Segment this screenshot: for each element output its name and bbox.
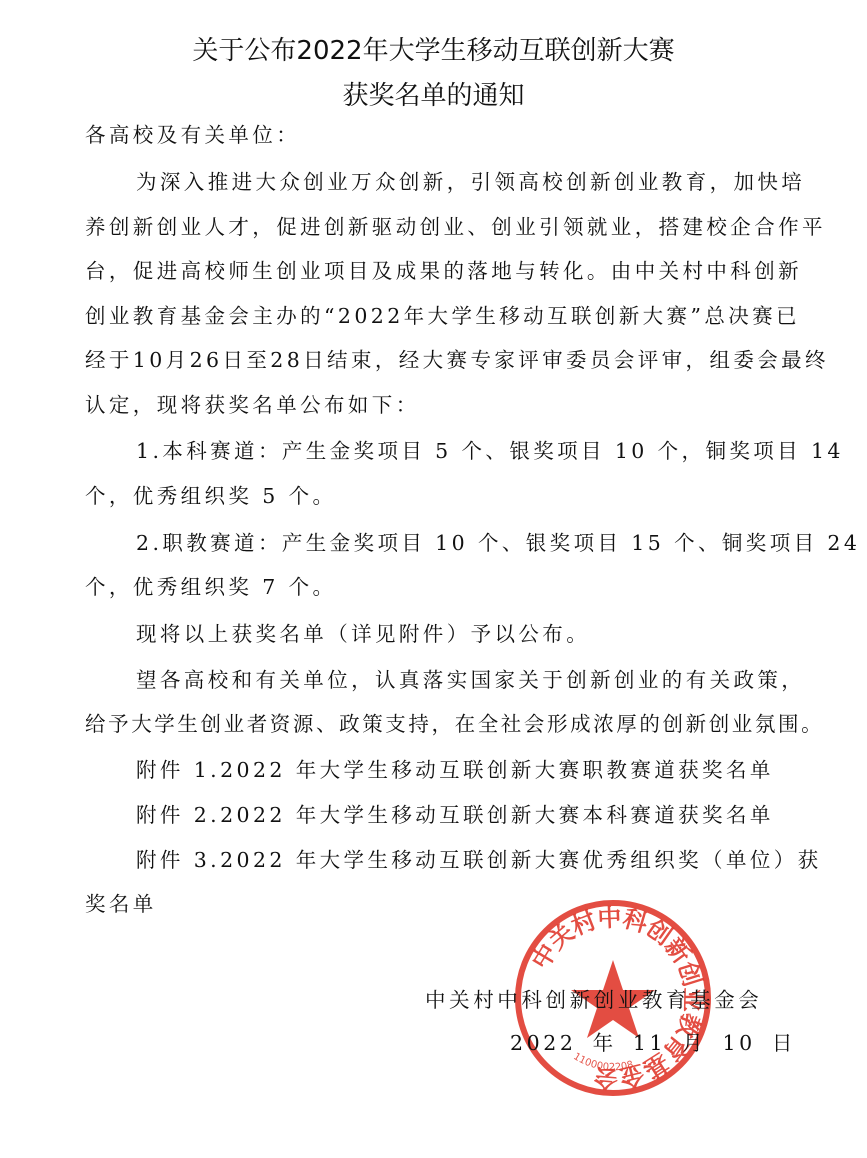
title-line-1: 关于公布2022年大学生移动互联创新大赛 <box>0 30 867 67</box>
attachment-1: 附件 1.2022 年大学生移动互联创新大赛职教赛道获奖名单 <box>136 757 826 783</box>
item1-line: 个，优秀组织奖 5 个。 <box>85 483 775 509</box>
signature-date: 2022 年 11 月 10 日 <box>510 1026 796 1056</box>
paragraph1-line: 为深入推进大众创业万众创新，引领高校创新创业教育，加快培 <box>136 169 826 195</box>
paragraph1-line: 台，促进高校师生创业项目及成果的落地与转化。由中关村中科创新 <box>85 258 775 284</box>
title-line-2: 获奖名单的通知 <box>0 75 867 112</box>
paragraph1-line: 经于10月26日至28日结束，经大赛专家评审委员会评审，组委会最终 <box>85 347 775 373</box>
paragraph1-line: 创业教育基金会主办的“2022年大学生移动互联创新大赛”总决赛已 <box>85 303 775 329</box>
item2-line: 2.职教赛道：产生金奖项目 10 个、银奖项目 15 个、铜奖项目 24 <box>136 530 826 556</box>
announce-line: 现将以上获奖名单（详见附件）予以公布。 <box>136 621 826 647</box>
signature-organization: 中关村中科创新创业教育基金会 <box>425 983 762 1013</box>
paragraph1-line: 养创新创业人才，促进创新驱动创业、创业引领就业，搭建校企合作平 <box>85 214 775 240</box>
hope-line: 望各高校和有关单位，认真落实国家关于创新创业的有关政策， <box>136 667 826 693</box>
salutation: 各高校及有关单位： <box>85 122 775 148</box>
item2-line: 个，优秀组织奖 7 个。 <box>85 574 775 600</box>
item1-line: 1.本科赛道：产生金奖项目 5 个、银奖项目 10 个，铜奖项目 14 <box>136 438 826 464</box>
hope-line: 给予大学生创业者资源、政策支持，在全社会形成浓厚的创新创业氛围。 <box>85 711 775 737</box>
paragraph1-line: 认定，现将获奖名单公布如下： <box>85 392 775 418</box>
attachment-2: 附件 2.2022 年大学生移动互联创新大赛本科赛道获奖名单 <box>136 802 826 828</box>
attachment-3: 附件 3.2022 年大学生移动互联创新大赛优秀组织奖（单位）获 <box>136 847 826 873</box>
